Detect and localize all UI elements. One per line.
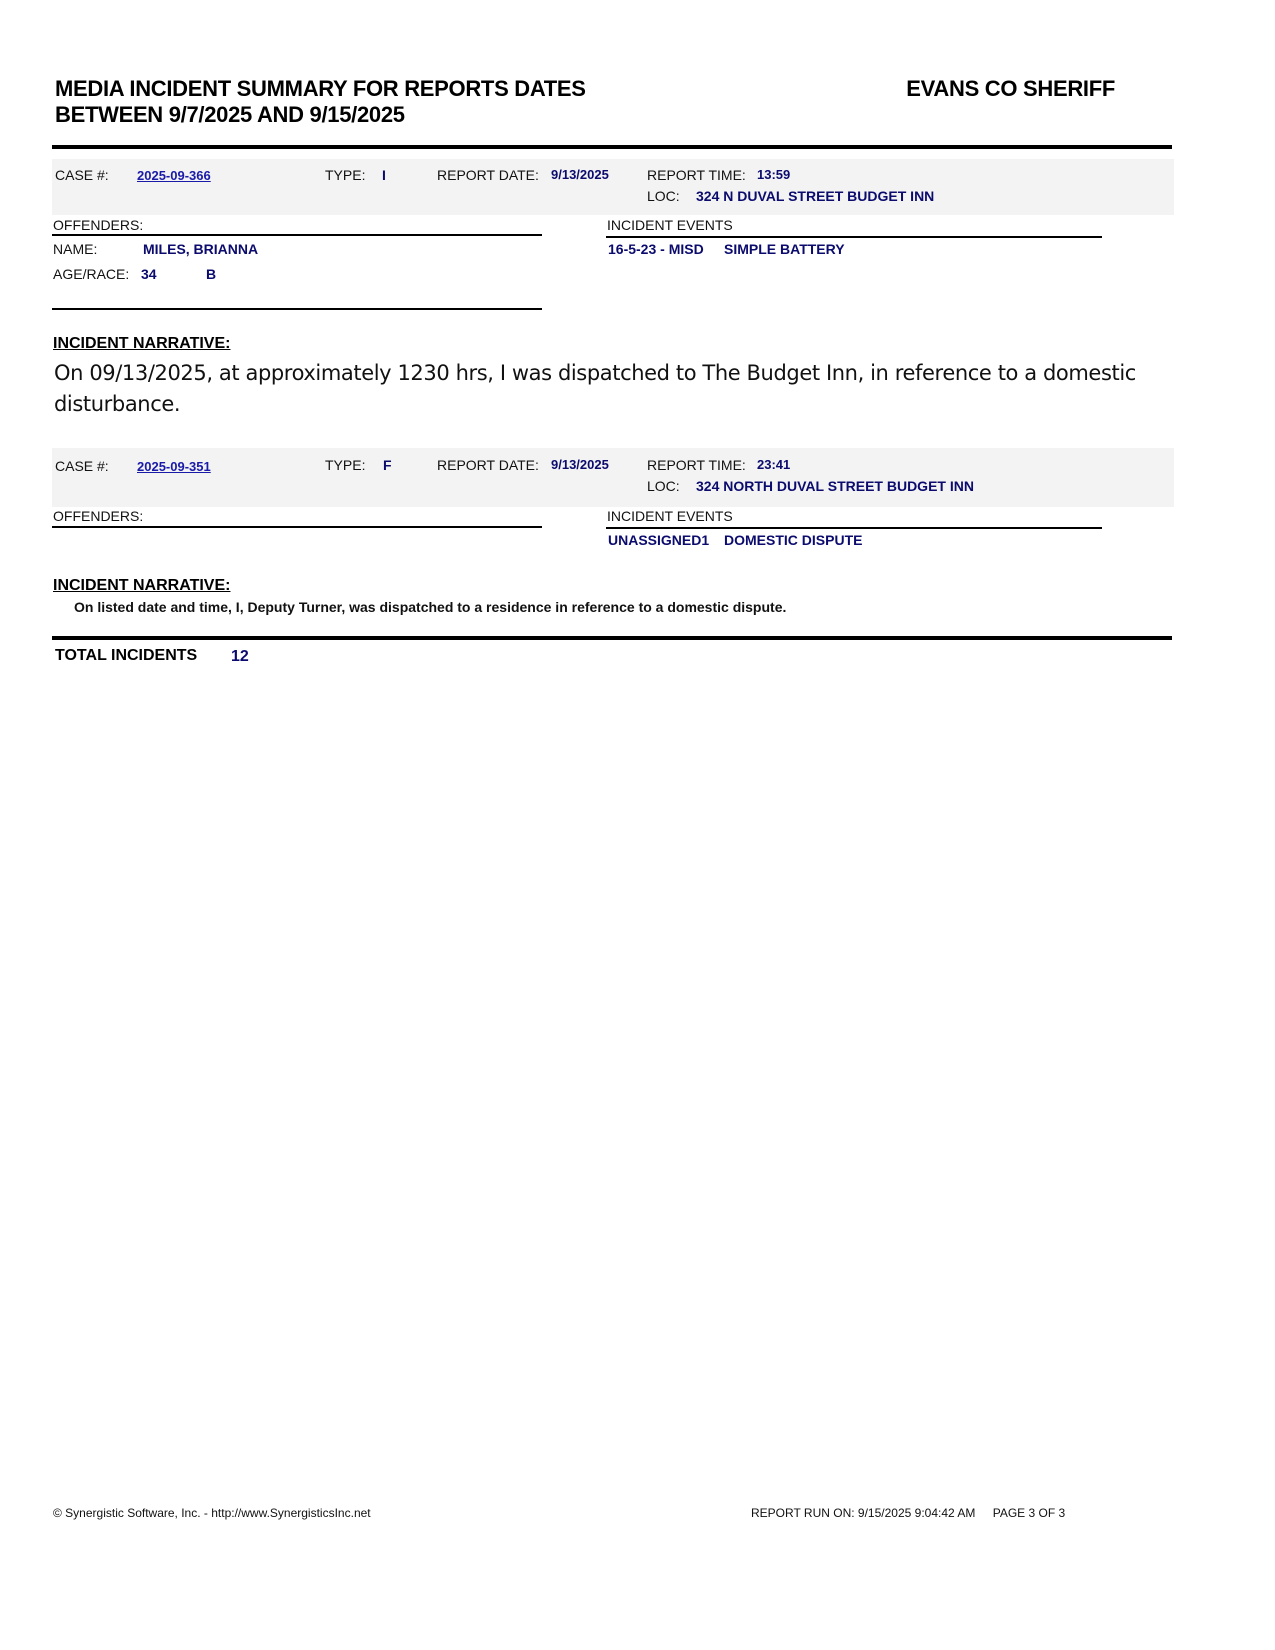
- events-divider: [606, 236, 1102, 238]
- location-label: LOC:: [647, 188, 680, 204]
- report-time: 23:41: [757, 457, 790, 472]
- footer-copyright: © Synergistic Software, Inc. - http://ww…: [53, 1506, 371, 1520]
- offender-end-divider: [52, 308, 542, 310]
- age-race-label: AGE/RACE:: [53, 266, 129, 282]
- event-description: DOMESTIC DISPUTE: [724, 532, 862, 548]
- offender-race: B: [206, 266, 216, 282]
- narrative-text: On listed date and time, I, Deputy Turne…: [74, 599, 786, 615]
- offenders-divider: [52, 234, 542, 236]
- report-date: 9/13/2025: [551, 167, 609, 182]
- incident-header-band: [52, 448, 1174, 507]
- event-description: SIMPLE BATTERY: [724, 241, 845, 257]
- incident-type: I: [382, 167, 386, 183]
- header-divider: [52, 145, 1172, 149]
- offenders-divider: [52, 526, 542, 528]
- report-run-value: 9/15/2025 9:04:42 AM: [858, 1506, 975, 1520]
- agency-name: EVANS CO SHERIFF: [906, 76, 1115, 102]
- offender-name: MILES, BRIANNA: [143, 241, 258, 257]
- location-label: LOC:: [647, 478, 680, 494]
- narrative-heading: INCIDENT NARRATIVE:: [53, 577, 230, 595]
- report-date-label: REPORT DATE:: [437, 457, 539, 473]
- report-run-label: REPORT RUN ON:: [751, 1506, 855, 1520]
- narrative-text: On 09/13/2025, at approximately 1230 hrs…: [54, 358, 1174, 420]
- event-code: 16-5-23 - MISD: [608, 241, 704, 257]
- report-title: MEDIA INCIDENT SUMMARY FOR REPORTS DATES…: [55, 76, 586, 128]
- name-label: NAME:: [53, 241, 97, 257]
- report-date-label: REPORT DATE:: [437, 167, 539, 183]
- case-label: CASE #:: [55, 458, 109, 474]
- event-code: UNASSIGNED1: [608, 532, 709, 548]
- case-number-link[interactable]: 2025-09-366: [137, 168, 211, 183]
- report-time-label: REPORT TIME:: [647, 167, 746, 183]
- incident-events-label: INCIDENT EVENTS: [607, 217, 733, 233]
- incident-header-band: [52, 159, 1174, 215]
- report-date: 9/13/2025: [551, 457, 609, 472]
- location: 324 NORTH DUVAL STREET BUDGET INN: [696, 478, 974, 494]
- totals-divider: [52, 636, 1172, 640]
- narrative-heading: INCIDENT NARRATIVE:: [53, 335, 230, 353]
- type-label: TYPE:: [325, 457, 365, 473]
- report-time: 13:59: [757, 167, 790, 182]
- case-number-link[interactable]: 2025-09-351: [137, 459, 211, 474]
- report-time-label: REPORT TIME:: [647, 457, 746, 473]
- incident-type: F: [383, 457, 392, 473]
- offender-age: 34: [141, 266, 157, 282]
- case-label: CASE #:: [55, 167, 109, 183]
- page-indicator: PAGE 3 OF 3: [993, 1506, 1065, 1520]
- report-title-line1: MEDIA INCIDENT SUMMARY FOR REPORTS DATES: [55, 76, 586, 102]
- total-incidents-value: 12: [231, 648, 249, 666]
- events-divider: [606, 527, 1102, 529]
- report-title-line2: BETWEEN 9/7/2025 AND 9/15/2025: [55, 102, 586, 128]
- incident-events-label: INCIDENT EVENTS: [607, 508, 733, 524]
- type-label: TYPE:: [325, 167, 365, 183]
- footer-run-info: REPORT RUN ON: 9/15/2025 9:04:42 AM PAGE…: [751, 1506, 1065, 1520]
- offenders-label: OFFENDERS:: [53, 217, 143, 233]
- location: 324 N DUVAL STREET BUDGET INN: [696, 188, 934, 204]
- total-incidents-label: TOTAL INCIDENTS: [55, 647, 197, 665]
- offenders-label: OFFENDERS:: [53, 508, 143, 524]
